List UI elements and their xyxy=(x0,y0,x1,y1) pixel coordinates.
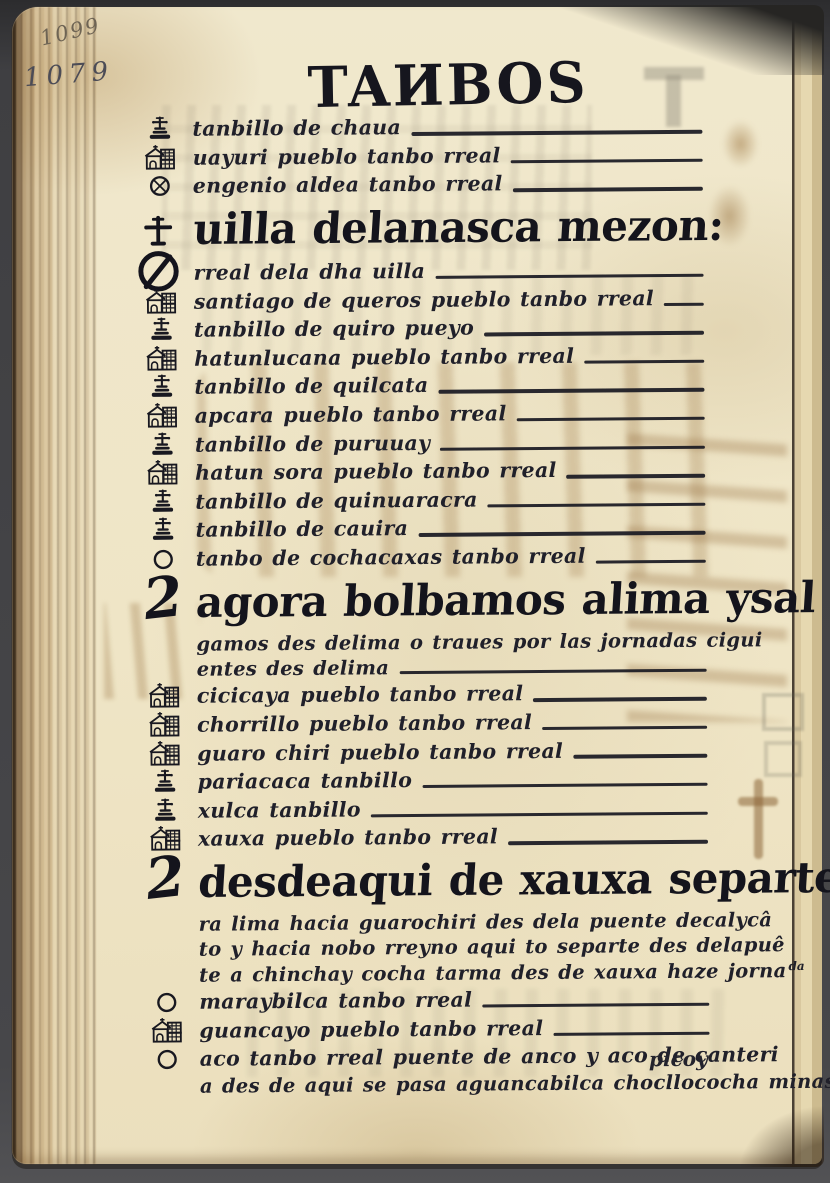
row-list: tanbillo de chauauayuri pueblo tanbo rre… xyxy=(8,110,796,1100)
entry-text: chorrillo pueblo tanbo rreal xyxy=(197,710,532,737)
ink-rule-line xyxy=(533,697,707,702)
folio-number-modern: 1099 xyxy=(38,13,103,51)
heading-text: desdeaqui de xauxa separte pa xyxy=(197,856,830,904)
ink-rule-line xyxy=(484,331,704,336)
entry-text: tanbillo de cauira xyxy=(195,516,408,542)
page-content: 1099 1079 TAИBOS tanbillo de chauauayuri… xyxy=(7,4,826,1167)
entry-text: santiago de queros pueblo tanbo rreal xyxy=(194,286,654,314)
entry-text: pariacaca tanbillo xyxy=(197,768,412,794)
church-icon xyxy=(128,286,194,317)
entry-text: gamos des delima o traues por las jornad… xyxy=(196,628,762,655)
tambo-entry-row: maraybilca tanbo rreal xyxy=(133,984,711,1017)
entry-text: ra lima hacia guarochiri des dela puente… xyxy=(199,908,773,936)
circle-x-icon xyxy=(127,174,193,199)
tambo-entry-row: tanbillo de cauira xyxy=(129,512,707,545)
cross-altar-icon xyxy=(129,516,195,545)
ink-rule-line xyxy=(508,840,708,845)
cross-altar-icon xyxy=(129,488,195,517)
ink-rule-line xyxy=(440,445,705,450)
tambo-entry-row: tanbillo de puruuay xyxy=(129,426,707,459)
ink-rule-line xyxy=(418,531,705,537)
ink-rule-line xyxy=(438,388,704,393)
entry-text: hatun sora pueblo tanbo rreal xyxy=(195,458,557,485)
icon-spacer xyxy=(133,949,199,950)
ink-rule-line xyxy=(517,417,705,422)
tambo-entry-row: cicicaya pueblo tanbo rreal xyxy=(131,678,709,711)
entry-text: tanbillo de quinuaracra xyxy=(195,487,478,513)
section-heading-row: uilla delanasca mezon: xyxy=(127,199,705,259)
tambo-entry-row: tanbillo de quinuaracra xyxy=(129,483,707,516)
ink-rule-line xyxy=(371,811,708,817)
entry-text: rreal dela dha uilla xyxy=(193,259,425,285)
ink-rule-line xyxy=(435,274,703,279)
heading-text: agora bolbamos alima ysal xyxy=(195,576,817,624)
ink-rule-line xyxy=(513,187,703,192)
ink-rule-line xyxy=(411,130,702,136)
ink-rule-line xyxy=(422,783,707,789)
entry-text: tanbillo de quilcata xyxy=(194,373,428,399)
entry-text: tanbillo de chaua xyxy=(192,115,401,141)
ink-rule-line xyxy=(488,502,706,507)
tambo-entry-row: engenio aldea tanbo rreal xyxy=(127,168,705,201)
tambo-entry-row: guancayo pueblo tanbo rreal xyxy=(133,1012,711,1045)
superscript-abbreviation: da xyxy=(788,959,804,973)
ink-rule-line xyxy=(584,360,704,364)
entry-text: maraybilca tanbo rreal xyxy=(199,988,472,1014)
entry-text: tanbo de cochacaxas tanbo rreal xyxy=(196,544,586,571)
entry-text: guaro chiri pueblo tanbo rreal xyxy=(197,738,563,765)
church-icon xyxy=(127,143,193,174)
cross-altar-icon xyxy=(129,430,195,459)
heading-text: uilla delanasca mezon: xyxy=(192,204,725,251)
cross-altar-icon xyxy=(128,316,194,345)
entry-text: te a chinchay cocha tarma des de xauxa h… xyxy=(199,959,787,987)
tambo-entry-row: rreal dela dha uilla xyxy=(127,255,705,288)
section-heading-row: 2desdeaqui de xauxa separte pa xyxy=(132,851,710,911)
tambo-entry-row: guaro chiri pueblo tanbo rreal xyxy=(131,735,709,768)
ink-rule-line xyxy=(664,302,704,306)
tambo-entry-row: tanbo de cochacaxas tanbo rreal xyxy=(130,540,708,573)
church-icon xyxy=(129,458,195,489)
cross-altar-icon xyxy=(132,796,198,825)
church-icon xyxy=(131,738,197,769)
entry-text: xauxa pueblo tanbo rreal xyxy=(198,825,498,851)
ink-rule-line xyxy=(573,754,707,758)
church-icon xyxy=(131,710,197,741)
church-icon xyxy=(131,681,197,712)
entry-text: cicicaya pueblo tanbo rreal xyxy=(197,682,524,709)
church-icon xyxy=(129,401,195,432)
icon-spacer xyxy=(133,975,199,976)
entry-text: xulca tanbillo xyxy=(198,797,361,822)
circle-icon xyxy=(134,1048,200,1072)
catchword: picoy xyxy=(649,1047,708,1071)
icon-spacer xyxy=(130,644,196,645)
ink-rule-line xyxy=(596,560,706,564)
flourish-icon: 2 xyxy=(129,842,202,915)
entry-text: apcara pueblo tanbo rreal xyxy=(195,401,507,427)
ink-rule-line xyxy=(399,668,707,674)
flourish-icon: 2 xyxy=(127,561,200,634)
tambo-entry-row: chorrillo pueblo tanbo rreal xyxy=(131,706,709,739)
ink-rule-line xyxy=(542,726,707,731)
tambo-entry-row: tanbillo de quilcata xyxy=(128,369,706,402)
tambo-entry-row: tanbillo de quiro pueyo xyxy=(128,312,706,345)
entry-text: entes des delima xyxy=(197,656,390,681)
church-icon xyxy=(128,344,194,375)
ink-rule-line xyxy=(567,474,706,478)
ink-rule-line xyxy=(482,1003,709,1008)
icon-spacer xyxy=(133,924,199,925)
tambo-entry-row: apcara pueblo tanbo rreal xyxy=(129,397,707,430)
church-icon xyxy=(133,1015,199,1046)
tambo-entry-row: hatunlucana pueblo tanbo rreal xyxy=(128,340,706,373)
circle-icon xyxy=(133,990,199,1014)
icon-spacer xyxy=(131,669,197,670)
section-heading-row: 2agora bolbamos alima ysal xyxy=(130,571,708,631)
cross-altar-icon xyxy=(126,115,192,144)
manuscript-page: 1099 1079 TAИBOS tanbillo de chauauayuri… xyxy=(12,7,822,1164)
tambo-entry-row: hatun sora pueblo tanbo rreal xyxy=(129,455,707,488)
villa-cross-icon xyxy=(127,230,193,231)
ink-rule-line xyxy=(553,1031,709,1036)
icon-spacer xyxy=(134,1086,200,1087)
tambo-entry-row: uayuri pueblo tanbo rreal xyxy=(127,139,705,172)
entry-text: to y hacia nobo rreyno aqui to separte d… xyxy=(199,933,785,961)
entry-text: tanbillo de puruuay xyxy=(195,431,431,457)
entry-text: a des de aqui se pasa aguancabilca chocl… xyxy=(200,1070,830,1098)
tambo-entry-row: tanbillo de chaua xyxy=(126,111,704,144)
entry-text: uayuri pueblo tanbo rreal xyxy=(193,143,501,169)
folio-number-old: 1079 xyxy=(23,56,115,93)
tambo-entry-row: aco tanbo rreal puente de anco y aco de … xyxy=(134,1041,712,1074)
cross-altar-icon xyxy=(128,373,194,402)
entry-text: tanbillo de quiro pueyo xyxy=(194,316,474,342)
tambo-entry-row: santiago de queros pueblo tanbo rreal xyxy=(128,283,706,316)
entry-text: guancayo pueblo tanbo rreal xyxy=(199,1016,543,1043)
tambo-entry-row: xauxa pueblo tanbo rreal xyxy=(132,821,710,854)
ink-rule-line xyxy=(511,159,703,164)
cross-altar-icon xyxy=(131,768,197,797)
tambo-entry-row: xulca tanbillo xyxy=(132,792,710,825)
paragraph-line-row: a des de aqui se pasa aguancabilca chocl… xyxy=(134,1069,712,1099)
entry-text: hatunlucana pueblo tanbo rreal xyxy=(194,344,574,371)
entry-text: engenio aldea tanbo rreal xyxy=(193,172,503,198)
tambo-entry-row: pariacaca tanbillo xyxy=(131,764,709,797)
